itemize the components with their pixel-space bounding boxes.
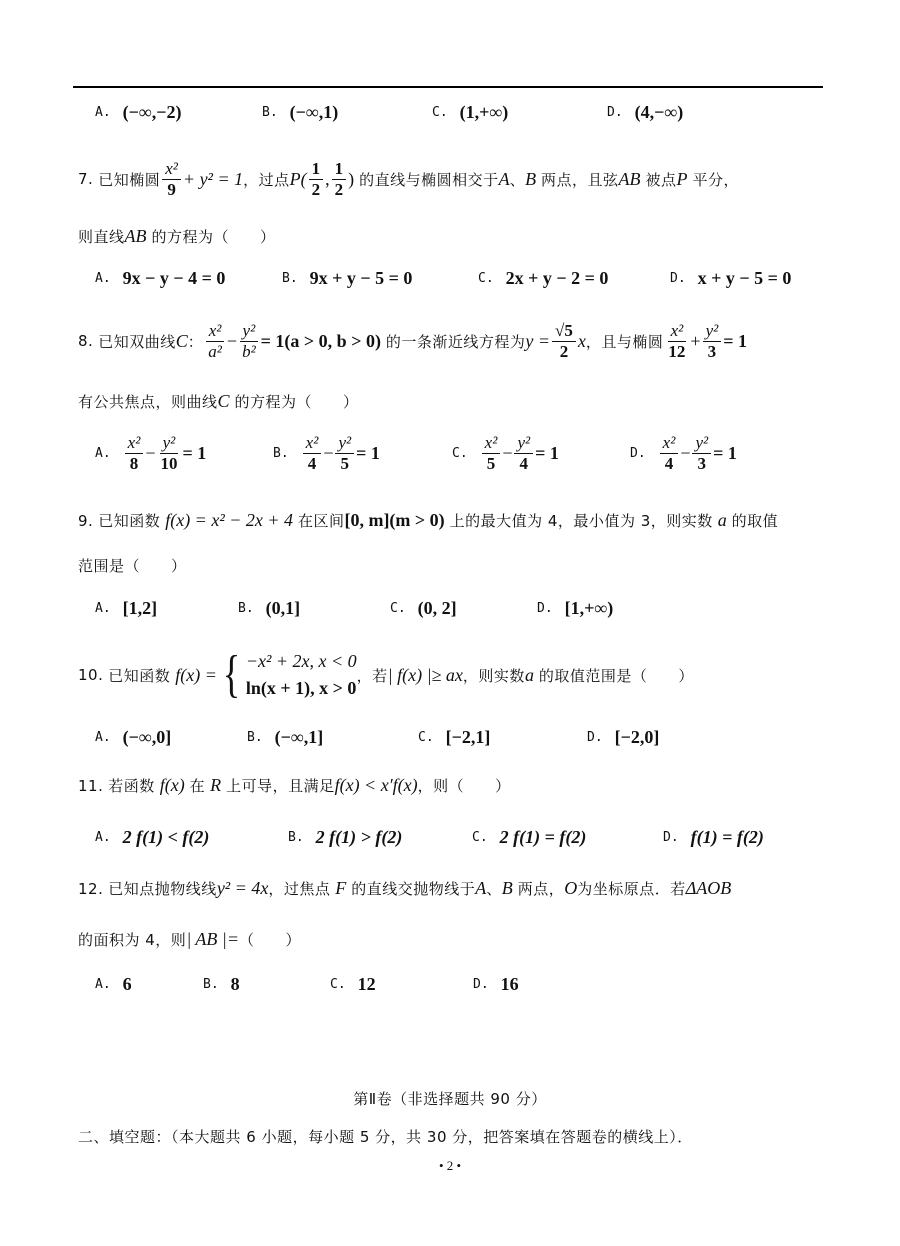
denominator: b² xyxy=(239,342,259,361)
option-label: B. xyxy=(238,601,254,616)
option-label: B. xyxy=(247,730,263,745)
denominator: 4 xyxy=(662,454,677,473)
option-label: C. xyxy=(418,730,434,745)
option-value: 9x + y − 5 = 0 xyxy=(310,268,413,289)
question-12-line1: 12. 已知点抛物线线 y² = 4x ，过焦点 F 的直线交抛物线于 A 、 … xyxy=(78,878,731,899)
question-text: ，过点 xyxy=(243,169,290,190)
denominator: 3 xyxy=(705,342,720,361)
q9-option-a: A. [1,2] xyxy=(95,598,157,619)
question-text: 则直线 xyxy=(78,226,125,247)
option-label: D. xyxy=(663,830,679,845)
hyperbola-x-fraction: x² a² xyxy=(205,322,225,361)
option-value: (−∞,1) xyxy=(290,102,339,123)
piecewise-case: −x² + 2x, x < 0 xyxy=(246,648,357,675)
question-number: 9. xyxy=(78,512,93,530)
option-value: (−∞,1] xyxy=(275,727,324,748)
math-symbol: A xyxy=(475,878,486,899)
math-operator: − xyxy=(227,331,237,352)
math-expression: [0, m](m > 0) xyxy=(344,510,444,531)
instruction-text: 二、填空题：（本大题共 6 小题，每小题 5 分，共 30 分，把答案填在答题卷… xyxy=(78,1126,693,1147)
q6-option-a: A. (−∞,−2) xyxy=(95,102,182,123)
question-text: 的直线交抛物线于 xyxy=(351,878,475,899)
option-value: 9x − y − 4 = 0 xyxy=(123,268,226,289)
math-expression: f(x) < x′f(x) xyxy=(335,775,418,796)
q9-option-b: B. (0,1] xyxy=(238,598,300,619)
question-text: 已知椭圆 xyxy=(98,169,160,190)
math-symbol: P xyxy=(677,169,688,190)
option-label: A. xyxy=(95,830,111,845)
math-symbol: C xyxy=(218,391,230,412)
numerator: y² xyxy=(692,434,711,454)
question-text: 为坐标原点．若 xyxy=(577,878,686,899)
math-expression: f(x) = x² − 2x + 4 xyxy=(165,510,293,531)
option-label: C. xyxy=(390,601,406,616)
q10-option-c: C. [−2,1] xyxy=(418,727,490,748)
q10-option-a: A. (−∞,0] xyxy=(95,727,171,748)
option-value: 2 f(1) = f(2) xyxy=(500,827,587,848)
math-symbol: x xyxy=(578,331,586,352)
hyperbola-y-fraction: y² b² xyxy=(239,322,259,361)
option-value: [−2,0] xyxy=(615,727,660,748)
math-symbol: F xyxy=(335,878,346,899)
option-label: A. xyxy=(95,105,111,120)
question-text: 已知函数 xyxy=(108,665,170,686)
question-11-line1: 11. 若函数 f(x) 在 R 上可导，且满足 f(x) < x′f(x) ，… xyxy=(78,775,511,796)
numerator: 1 xyxy=(309,160,324,180)
option-value: [1,+∞) xyxy=(565,598,614,619)
ellipse-x-fraction: x² 12 xyxy=(665,322,688,361)
option-label: B. xyxy=(262,105,278,120)
question-text: ，则实数 xyxy=(463,665,525,686)
math-symbol: R xyxy=(210,775,221,796)
question-text: 在区间 xyxy=(298,510,345,531)
q10-option-b: B. (−∞,1] xyxy=(247,727,323,748)
option-label: C. xyxy=(452,446,468,461)
question-text: 已知函数 xyxy=(98,510,160,531)
denominator: 10 xyxy=(157,454,180,473)
denominator: 2 xyxy=(557,342,572,361)
question-text: 的面积为 4，则 xyxy=(78,929,186,950)
q12-option-d: D. 16 xyxy=(473,974,519,995)
question-text: ，且与椭圆 xyxy=(586,331,664,352)
question-text: 两点， xyxy=(518,878,565,899)
option-label: A. xyxy=(95,601,111,616)
math-expression: f(x) = xyxy=(175,665,217,686)
question-number: 8. xyxy=(78,332,93,350)
question-text: ： xyxy=(188,331,204,352)
question-text: 的直线与椭圆相交于 xyxy=(359,169,499,190)
question-text: 有公共焦点，则曲线 xyxy=(78,391,218,412)
denominator: 2 xyxy=(332,180,347,199)
q6-option-b: B. (−∞,1) xyxy=(262,102,338,123)
option-value: = 1 xyxy=(182,443,206,464)
option-value: = 1 xyxy=(535,443,559,464)
option-label: D. xyxy=(607,105,623,120)
q11-option-b: B. 2 f(1) > f(2) xyxy=(288,827,402,848)
math-symbol: B xyxy=(502,878,513,899)
q12-option-b: B. 8 xyxy=(203,974,240,995)
ellipse-fraction: x² 9 xyxy=(162,160,181,199)
numerator: y² xyxy=(160,434,179,454)
denominator: 9 xyxy=(164,180,179,199)
math-symbol: A xyxy=(499,169,510,190)
numerator: x² xyxy=(303,434,322,454)
question-text: 两点，且弦 xyxy=(541,169,619,190)
option-value: 2x + y − 2 = 0 xyxy=(506,268,609,289)
numerator: y² xyxy=(514,434,533,454)
question-text: ，若 xyxy=(357,665,388,686)
option-label: B. xyxy=(273,446,289,461)
question-text: （ ） xyxy=(239,929,301,950)
option-value: = 1 xyxy=(356,443,380,464)
option-value: = 1 xyxy=(713,443,737,464)
numerator: x² xyxy=(660,434,679,454)
option-label: A. xyxy=(95,730,111,745)
question-text: 上的最大值为 4，最小值为 3，则实数 xyxy=(450,510,713,531)
q11-option-c: C. 2 f(1) = f(2) xyxy=(472,827,586,848)
q12-option-c: C. 12 xyxy=(330,974,376,995)
denominator: 3 xyxy=(695,454,710,473)
question-text: 上可导，且满足 xyxy=(226,775,335,796)
numerator: y² xyxy=(240,322,259,342)
question-text: ，过焦点 xyxy=(268,878,330,899)
section-2-instruction: 二、填空题：（本大题共 6 小题，每小题 5 分，共 30 分，把答案填在答题卷… xyxy=(78,1126,693,1147)
numerator: x² xyxy=(482,434,501,454)
q12-option-a: A. 6 xyxy=(95,974,132,995)
question-9-line1: 9. 已知函数 f(x) = x² − 2x + 4 在区间 [0, m](m … xyxy=(78,510,778,531)
question-text: 已知点抛物线线 xyxy=(108,878,217,899)
numerator: y² xyxy=(703,322,722,342)
option-label: A. xyxy=(95,446,111,461)
denominator: 4 xyxy=(305,454,320,473)
numerator: y² xyxy=(335,434,354,454)
section-2-title: 第Ⅱ卷（非选择题共 90 分） xyxy=(0,1088,900,1109)
option-value: 2 f(1) < f(2) xyxy=(123,827,210,848)
math-symbol: AB xyxy=(619,169,641,190)
math-expression: ΔAOB xyxy=(686,878,732,899)
question-text: 平分， xyxy=(692,169,739,190)
denominator: 8 xyxy=(127,454,142,473)
question-text: 的取值范围是（ ） xyxy=(539,665,694,686)
option-label: B. xyxy=(203,977,219,992)
question-7-line1: 7. 已知椭圆 x² 9 + y² = 1 ，过点 P( 1 2 , 1 2 )… xyxy=(78,160,739,199)
math-expression: + y² = 1 xyxy=(183,169,243,190)
option-value: 2 f(1) > f(2) xyxy=(316,827,403,848)
math-expression: f(x) xyxy=(160,775,185,796)
numerator: x² xyxy=(125,434,144,454)
option-value: (−∞,−2) xyxy=(123,102,182,123)
math-expression: = 1 xyxy=(723,331,747,352)
math-expression: | AB |= xyxy=(186,929,239,950)
q9-option-c: C. (0, 2] xyxy=(390,598,457,619)
ellipse-y-fraction: y² 3 xyxy=(703,322,722,361)
option-value: 16 xyxy=(501,974,519,995)
question-12-line2: 的面积为 4，则 | AB |= （ ） xyxy=(78,929,301,950)
option-value: (−∞,0] xyxy=(123,727,172,748)
option-label: B. xyxy=(288,830,304,845)
py-fraction: 1 2 xyxy=(332,160,347,199)
math-symbol: a xyxy=(525,665,534,686)
option-label: A. xyxy=(95,977,111,992)
option-label: D. xyxy=(630,446,646,461)
question-number: 7. xyxy=(78,170,93,188)
q7-option-d: D. x + y − 5 = 0 xyxy=(670,268,791,289)
math-symbol: O xyxy=(564,878,577,899)
q10-option-d: D. [−2,0] xyxy=(587,727,659,748)
q7-option-b: B. 9x + y − 5 = 0 xyxy=(282,268,412,289)
left-brace-icon: { xyxy=(223,649,240,701)
denominator: 12 xyxy=(665,342,688,361)
option-label: D. xyxy=(670,271,686,286)
question-text: 在 xyxy=(190,775,206,796)
option-value: x + y − 5 = 0 xyxy=(698,268,792,289)
math-operator: + xyxy=(690,331,700,352)
question-number: 10. xyxy=(78,666,103,684)
question-8-line2: 有公共焦点，则曲线 C 的方程为（ ） xyxy=(78,391,358,412)
option-value: 12 xyxy=(358,974,376,995)
question-text: 的取值 xyxy=(732,510,779,531)
option-value: (0, 2] xyxy=(418,598,457,619)
q6-option-d: D. (4,−∞) xyxy=(607,102,683,123)
q9-option-d: D. [1,+∞) xyxy=(537,598,613,619)
option-label: D. xyxy=(473,977,489,992)
denominator: 5 xyxy=(484,454,499,473)
question-text: 被点 xyxy=(645,169,676,190)
question-text: 、 xyxy=(510,169,526,190)
option-value: 8 xyxy=(231,974,240,995)
question-10-line1: 10. 已知函数 f(x) = { −x² + 2x, x < 0 ln(x +… xyxy=(78,648,694,702)
asymptote-fraction: √5 2 xyxy=(552,322,576,361)
option-label: D. xyxy=(587,730,603,745)
question-text: 的方程为（ ） xyxy=(234,391,358,412)
piecewise-case: ln(x + 1), x > 0 xyxy=(246,675,357,702)
denominator: 5 xyxy=(338,454,353,473)
q6-option-c: C. (1,+∞) xyxy=(432,102,508,123)
option-label: A. xyxy=(95,271,111,286)
page-number: • 2 • xyxy=(0,1158,900,1174)
question-9-line2: 范围是（ ） xyxy=(78,555,187,576)
q8-option-a: A. x²8 − y²10 = 1 xyxy=(95,434,206,473)
question-number: 11. xyxy=(78,777,103,795)
option-label: C. xyxy=(472,830,488,845)
denominator: a² xyxy=(205,342,225,361)
numerator: 1 xyxy=(332,160,347,180)
math-expression: | f(x) |≥ ax xyxy=(388,665,463,686)
option-value: (0,1] xyxy=(266,598,301,619)
denominator: 4 xyxy=(517,454,532,473)
option-value: (4,−∞) xyxy=(635,102,684,123)
option-label: C. xyxy=(432,105,448,120)
math-expression: y = xyxy=(525,331,550,352)
option-value: [1,2] xyxy=(123,598,158,619)
option-label: B. xyxy=(282,271,298,286)
q7-option-c: C. 2x + y − 2 = 0 xyxy=(478,268,608,289)
option-label: C. xyxy=(478,271,494,286)
math-expression: = 1(a > 0, b > 0) xyxy=(261,331,381,352)
question-text: 的方程为（ ） xyxy=(151,226,275,247)
option-value: f(1) = f(2) xyxy=(691,827,764,848)
question-text: ，则（ ） xyxy=(418,775,511,796)
question-text: 范围是（ ） xyxy=(78,555,187,576)
question-8-line1: 8. 已知双曲线 C ： x² a² − y² b² = 1(a > 0, b … xyxy=(78,322,747,361)
question-text: 已知双曲线 xyxy=(98,331,176,352)
math-symbol: a xyxy=(718,510,727,531)
q8-option-c: C. x²5 − y²4 = 1 xyxy=(452,434,559,473)
numerator: x² xyxy=(206,322,225,342)
option-label: C. xyxy=(330,977,346,992)
question-text: 、 xyxy=(486,878,502,899)
option-label: D. xyxy=(537,601,553,616)
math-symbol: B xyxy=(525,169,536,190)
denominator: 2 xyxy=(309,180,324,199)
question-text: 若函数 xyxy=(108,775,155,796)
numerator: x² xyxy=(162,160,181,180)
numerator: √5 xyxy=(552,322,576,342)
option-value: [−2,1] xyxy=(446,727,491,748)
option-value: 6 xyxy=(123,974,132,995)
q11-option-d: D. f(1) = f(2) xyxy=(663,827,764,848)
numerator: x² xyxy=(668,322,687,342)
math-expression: y² = 4x xyxy=(217,878,269,899)
header-rule xyxy=(73,86,823,88)
option-value: (1,+∞) xyxy=(460,102,509,123)
piecewise-function: { −x² + 2x, x < 0 ln(x + 1), x > 0 xyxy=(217,648,357,702)
q7-option-a: A. 9x − y − 4 = 0 xyxy=(95,268,225,289)
q11-option-a: A. 2 f(1) < f(2) xyxy=(95,827,209,848)
question-text: 的一条渐近线方程为 xyxy=(386,331,526,352)
math-symbol: AB xyxy=(125,226,147,247)
math-expression: P( xyxy=(290,169,307,190)
q8-option-b: B. x²4 − y²5 = 1 xyxy=(273,434,380,473)
math-expression: ) xyxy=(348,169,354,190)
math-symbol: C xyxy=(176,331,188,352)
px-fraction: 1 2 xyxy=(309,160,324,199)
question-7-line2: 则直线 AB 的方程为（ ） xyxy=(78,226,275,247)
q8-option-d: D. x²4 − y²3 = 1 xyxy=(630,434,737,473)
question-number: 12. xyxy=(78,880,103,898)
